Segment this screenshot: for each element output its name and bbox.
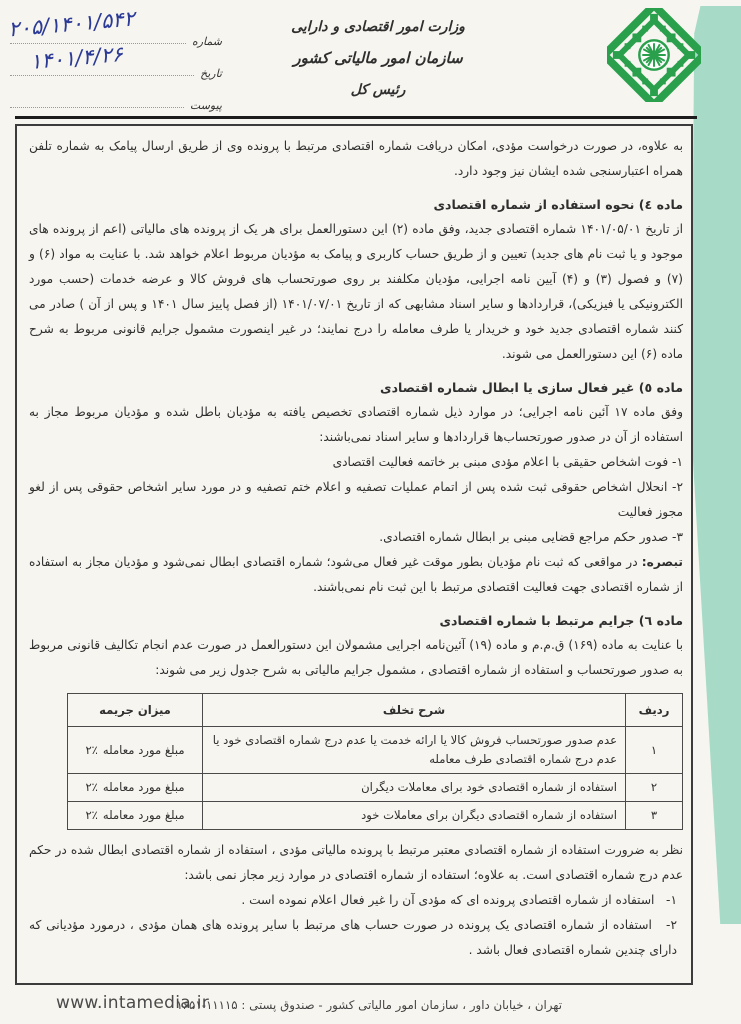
date-label: تاریخ (194, 67, 222, 80)
inta-logo-icon (607, 8, 701, 102)
violation-cell: استفاده از شماره اقتصادی خود برای معاملا… (203, 774, 626, 802)
article5-item-1: ۱- فوت اشخاص حقیقی با اعلام مؤدی مبنی بر… (29, 450, 683, 475)
article5-intro: وفق ماده ۱۷ آئین نامه اجرایی؛ در موارد ذ… (29, 400, 683, 450)
penalty-percent: ٪۲ (85, 743, 97, 757)
column-header-violation: شرح تخلف (203, 694, 626, 727)
attachment-label: پیوست (184, 99, 222, 112)
column-header-row-number: ردیف (626, 694, 683, 727)
article5-note: تبصره: در مواقعی که ثبت نام مؤدیان بطور … (29, 550, 683, 600)
penalty-percent: ٪۲ (85, 808, 97, 822)
violation-cell: استفاده از شماره اقتصادی دیگران برای معا… (203, 802, 626, 830)
letter-body-box: به علاوه، در صورت درخواست مؤدی، امکان در… (15, 124, 693, 985)
scan-edge-background (689, 6, 741, 924)
row-number-cell: ۱ (626, 727, 683, 774)
column-header-penalty: میزان جریمه (68, 694, 203, 727)
attachment-dotted-line (10, 93, 184, 108)
penalty-unit: مبلغ مورد معامله (103, 808, 185, 822)
ministry-title: وزارت امور اقتصادی و دارایی (268, 12, 488, 42)
penalties-table: ردیف شرح تخلف میزان جریمه ۱ عدم صدور صور… (67, 693, 683, 830)
footer-address: تهران ، خیابان داور ، سازمان امور مالیات… (232, 998, 562, 1012)
footer-website: www.intamedia.ir (56, 993, 209, 1013)
penalty-percent: ٪۲ (85, 780, 97, 794)
article4-paragraph: از تاریخ ۱۴۰۱/۰۵/۰۱ شماره اقتصادی جدید، … (29, 217, 683, 367)
penalty-cell: مبلغ مورد معامله٪۲ (68, 774, 203, 802)
table-row: ۱ عدم صدور صورتحساب فروش کالا یا ارائه خ… (68, 727, 683, 774)
penalty-unit: مبلغ مورد معامله (103, 743, 185, 757)
note-text: در مواقعی که ثبت نام مؤدیان بطور موقت غی… (29, 555, 683, 594)
closing-item-2: ۲- استفاده از شماره اقتصادی یک پرونده در… (29, 913, 683, 963)
director-general-title: رئیس کل (268, 74, 488, 106)
row-number-cell: ۲ (626, 774, 683, 802)
penalty-cell: مبلغ مورد معامله٪۲ (68, 802, 203, 830)
article5-item-2: ۲- انحلال اشخاص حقوقی ثبت شده پس از اتما… (29, 475, 683, 525)
letterhead: شماره تاریخ پیوست ۲۰۵/۱۴۰۱/۵۴۲ ۱۴۰۱/۴/۲۶… (0, 0, 741, 118)
table-row: ۳ استفاده از شماره اقتصادی دیگران برای م… (68, 802, 683, 830)
organization-titles: وزارت امور اقتصادی و دارایی سازمان امور … (268, 12, 488, 106)
penalty-unit: مبلغ مورد معامله (103, 780, 185, 794)
article6-heading: ماده ٦) جرایم مرتبط با شماره اقتصادی (29, 608, 683, 633)
table-header-row: ردیف شرح تخلف میزان جریمه (68, 694, 683, 727)
number-label: شماره (186, 35, 222, 48)
article5-heading: ماده ٥) غیر فعال سازی یا ابطال شماره اقت… (29, 375, 683, 400)
article6-intro: با عنایت به ماده (۱۶۹) ق.م.م و ماده (۱۹)… (29, 633, 683, 683)
penalty-cell: مبلغ مورد معامله٪۲ (68, 727, 203, 774)
article5-item-3: ۳- صدور حکم مراجع قضایی مبنی بر ابطال شم… (29, 525, 683, 550)
violation-cell: عدم صدور صورتحساب فروش کالا یا ارائه خدم… (203, 727, 626, 774)
closing-paragraph: نظر به ضرورت استفاده از شماره اقتصادی مع… (29, 838, 683, 888)
closing-item-1: ۱- استفاده از شماره اقتصادی پرونده ای که… (29, 888, 683, 913)
note-label: تبصره: (642, 555, 683, 569)
article4-heading: ماده ٤) نحوه استفاده از شماره اقتصادی (29, 192, 683, 217)
table-row: ۲ استفاده از شماره اقتصادی خود برای معام… (68, 774, 683, 802)
tax-organization-title: سازمان امور مالیاتی کشور (268, 42, 488, 74)
row-number-cell: ۳ (626, 802, 683, 830)
intro-paragraph: به علاوه، در صورت درخواست مؤدی، امکان در… (29, 134, 683, 184)
meta-row-attachment: پیوست (10, 80, 222, 112)
header-divider-rule (15, 116, 697, 119)
